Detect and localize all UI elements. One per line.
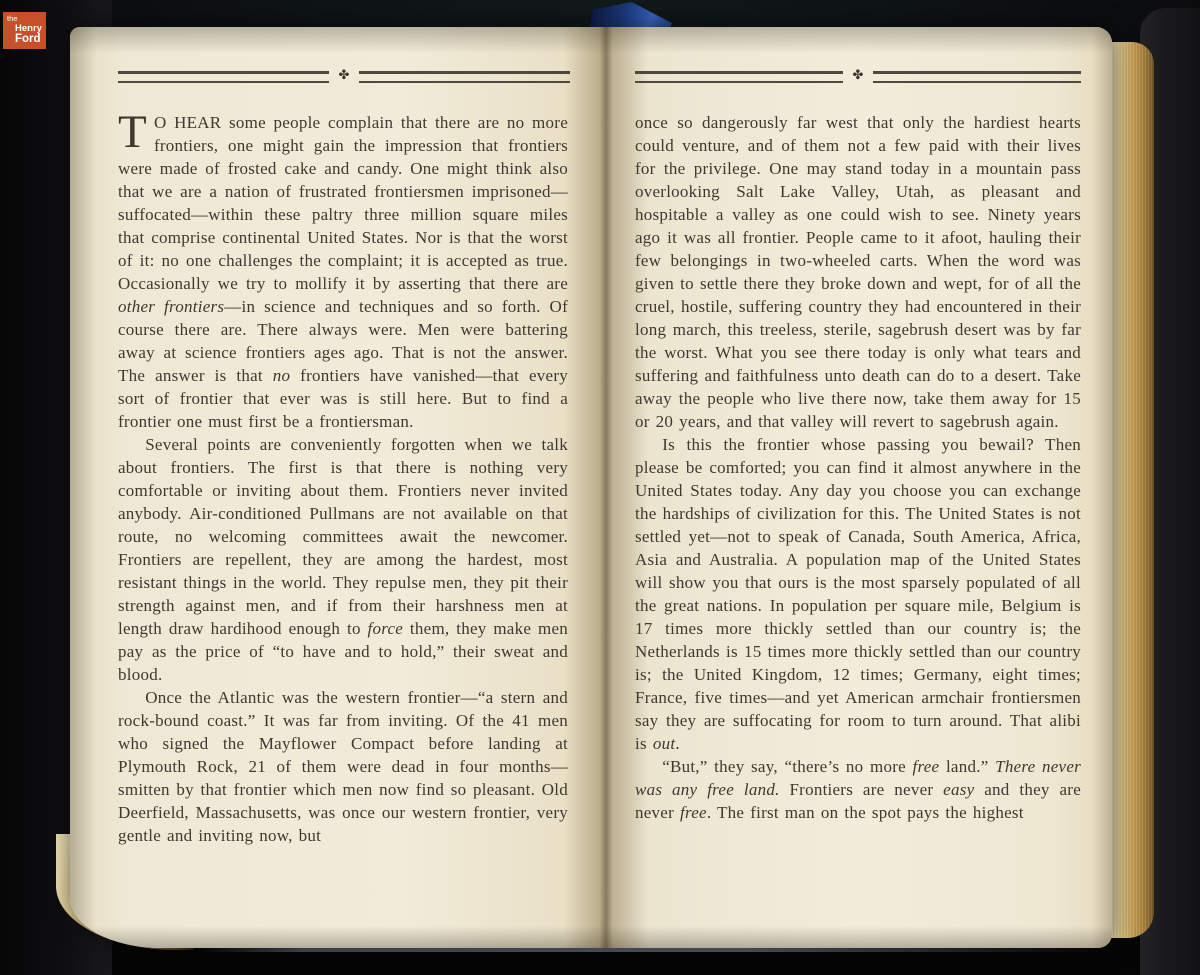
- text-segment: .: [675, 734, 680, 753]
- text-segment: “But,” they say, “there’s no more: [662, 757, 912, 776]
- text-segment: easy: [943, 780, 974, 799]
- left-page-text: TO HEAR some people complain that there …: [118, 111, 568, 847]
- rule-line: [359, 71, 570, 83]
- text-segment: O HEAR some people complain that there a…: [118, 113, 568, 293]
- rule-line: [635, 71, 843, 83]
- text-segment: free: [680, 803, 707, 822]
- text-segment: land.”: [939, 757, 995, 776]
- text-segment: Several points are conveniently forgotte…: [118, 435, 568, 638]
- text-segment: Frontiers are never: [780, 780, 944, 799]
- paragraph: Several points are conveniently forgotte…: [118, 433, 568, 686]
- rule-line: [873, 71, 1081, 83]
- fleuron-ornament-icon: ✤: [853, 68, 864, 83]
- paragraph: once so dangerously far west that only t…: [635, 111, 1081, 433]
- logo-line-ford: Ford: [15, 34, 46, 46]
- text-segment: . The first man on the spot pays the hig…: [707, 803, 1024, 822]
- fore-edge-pages: [1106, 42, 1154, 938]
- right-header-rule: ✤: [635, 69, 1081, 84]
- rule-line: [118, 71, 329, 83]
- book-photograph: ✤ TO HEAR some people complain that ther…: [0, 0, 1200, 975]
- text-segment: other frontiers: [118, 297, 224, 316]
- henry-ford-logo: the Henry Ford: [3, 12, 46, 49]
- paragraph: Is this the frontier whose passing you b…: [635, 433, 1081, 755]
- paragraph: TO HEAR some people complain that there …: [118, 111, 568, 433]
- logo-line-henry: Henry: [15, 24, 46, 34]
- logo-line-the: the: [7, 15, 46, 23]
- text-segment: once so dangerously far west that only t…: [635, 113, 1081, 431]
- text-segment: free: [913, 757, 940, 776]
- fleuron-ornament-icon: ✤: [339, 68, 350, 83]
- left-page: ✤ TO HEAR some people complain that ther…: [70, 27, 605, 948]
- right-page: ✤ once so dangerously far west that only…: [605, 27, 1112, 948]
- text-segment: no: [273, 366, 291, 385]
- paragraph: “But,” they say, “there’s no more free l…: [635, 755, 1081, 824]
- paragraph: Once the Atlantic was the western fronti…: [118, 686, 568, 847]
- open-book-spread: ✤ TO HEAR some people complain that ther…: [70, 27, 1112, 948]
- left-header-rule: ✤: [118, 69, 570, 84]
- text-segment: Once the Atlantic was the western fronti…: [118, 688, 568, 845]
- drop-cap: T: [118, 113, 147, 151]
- text-segment: force: [368, 619, 404, 638]
- text-segment: out: [653, 734, 675, 753]
- right-page-text: once so dangerously far west that only t…: [635, 111, 1081, 824]
- text-segment: Is this the frontier whose passing you b…: [635, 435, 1081, 753]
